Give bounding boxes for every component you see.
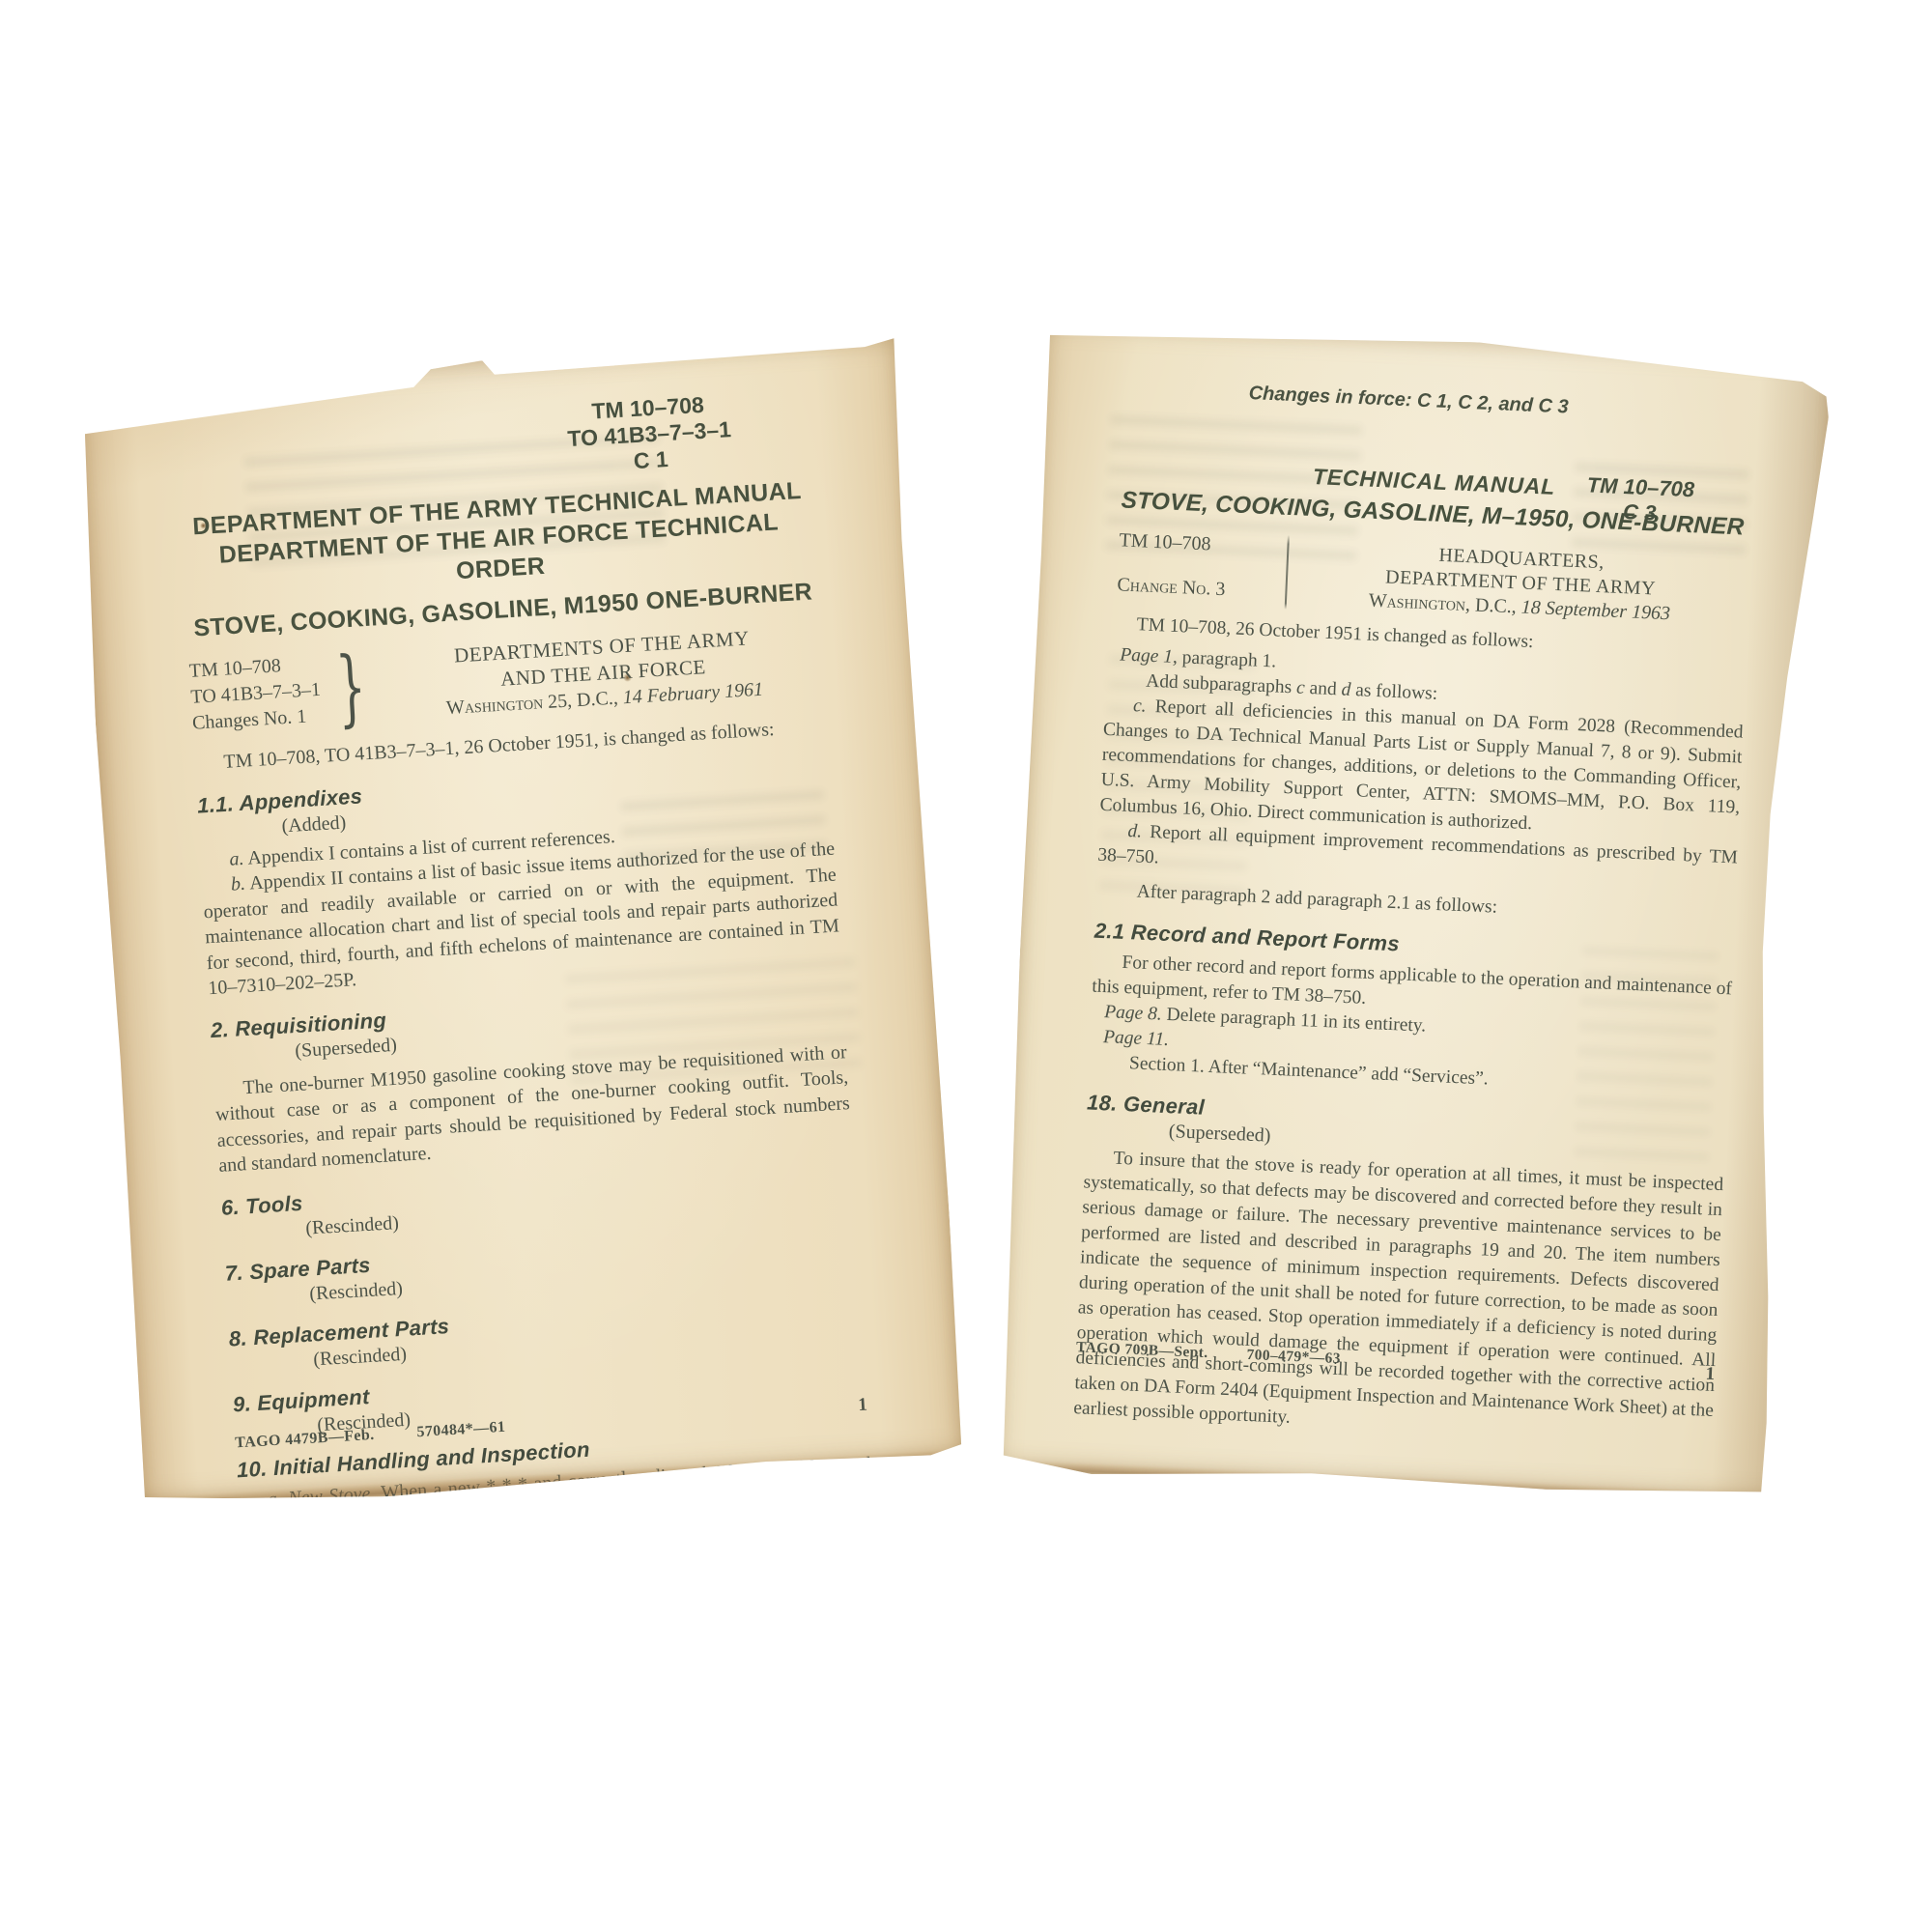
issue-place: Washington, D.C., [1368,590,1517,618]
section-18-paragraph: To insure that the stove is ready for op… [1073,1145,1724,1449]
right-document: Changes in force: C 1, C 2, and C 3 TM 1… [997,324,1831,1504]
paragraph-a-lead: a. [229,847,244,869]
issue-organization-column: DEPARTMENTS OF THE ARMY AND THE AIR FORC… [381,621,826,725]
paragraph-10a-lead: a. New Stove. [267,1482,376,1510]
left-document-paper: TM 10–708 TO 41B3–7–3–1 C 1 DEPARTMENT O… [75,336,964,1511]
print-code: 570484*—61 [416,1419,506,1441]
add-sub-post: as follows: [1350,680,1438,704]
issue-brace: } [334,648,368,728]
left-document: TM 10–708 TO 41B3–7–3–1 C 1 DEPARTMENT O… [75,336,964,1511]
tago-code: TAGO 4479B—Feb. [235,1427,375,1453]
paragraph-b-lead: b. [230,873,245,895]
add-sub-mid: and [1304,678,1342,700]
issue-reference-column: TM 10–708 Change No. 3 [1109,527,1284,610]
issue-ref-change: Change No. 3 [1117,574,1282,603]
issue-divider-rule [1285,535,1290,610]
print-code: 700–479*—63 [1246,1347,1341,1368]
changes-in-force-line: Changes in force: C 1, C 2, and C 3 [1118,377,1699,424]
issue-block: TM 10–708 Change No. 3 HEADQUARTERS, DEP… [1109,527,1751,630]
paragraph-10a-tail: appendix II [544,1492,634,1519]
issue-ref-tm: TM 10–708 [1119,529,1284,558]
page-number: 1 [1705,1364,1716,1385]
left-document-content: TM 10–708 TO 41B3–7–3–1 C 1 DEPARTMENT O… [75,336,964,1511]
document-reference-block: TM 10–708 TO 41B3–7–3–1 C 1 [531,388,767,480]
page-number: 1 [858,1395,868,1417]
issue-organization-column: HEADQUARTERS, DEPARTMENT OF THE ARMY Was… [1291,535,1751,630]
add-sub-pre: Add subparagraphs [1146,671,1297,698]
paragraph-d-lead: d. [1127,821,1143,842]
issue-date: 14 February 1961 [622,679,764,709]
page1-tail: , paragraph 1. [1173,647,1277,672]
document-reference-block: TM 10–708 C 3 [1567,472,1714,528]
paragraph-c-text: Report all deficiencies in this manual o… [1099,696,1744,834]
paragraph-c-lead: c. [1133,696,1147,717]
right-document-paper: Changes in force: C 1, C 2, and C 3 TM 1… [997,324,1831,1504]
page8-lead: Page 8. [1104,1002,1162,1025]
right-document-content: Changes in force: C 1, C 2, and C 3 TM 1… [997,324,1831,1504]
issue-date: 18 September 1963 [1520,597,1670,625]
page1-lead: Page 1 [1120,644,1174,667]
issue-reference-column: TM 10–708 TO 41B3–7–3–1 Changes No. 1 [188,651,323,737]
